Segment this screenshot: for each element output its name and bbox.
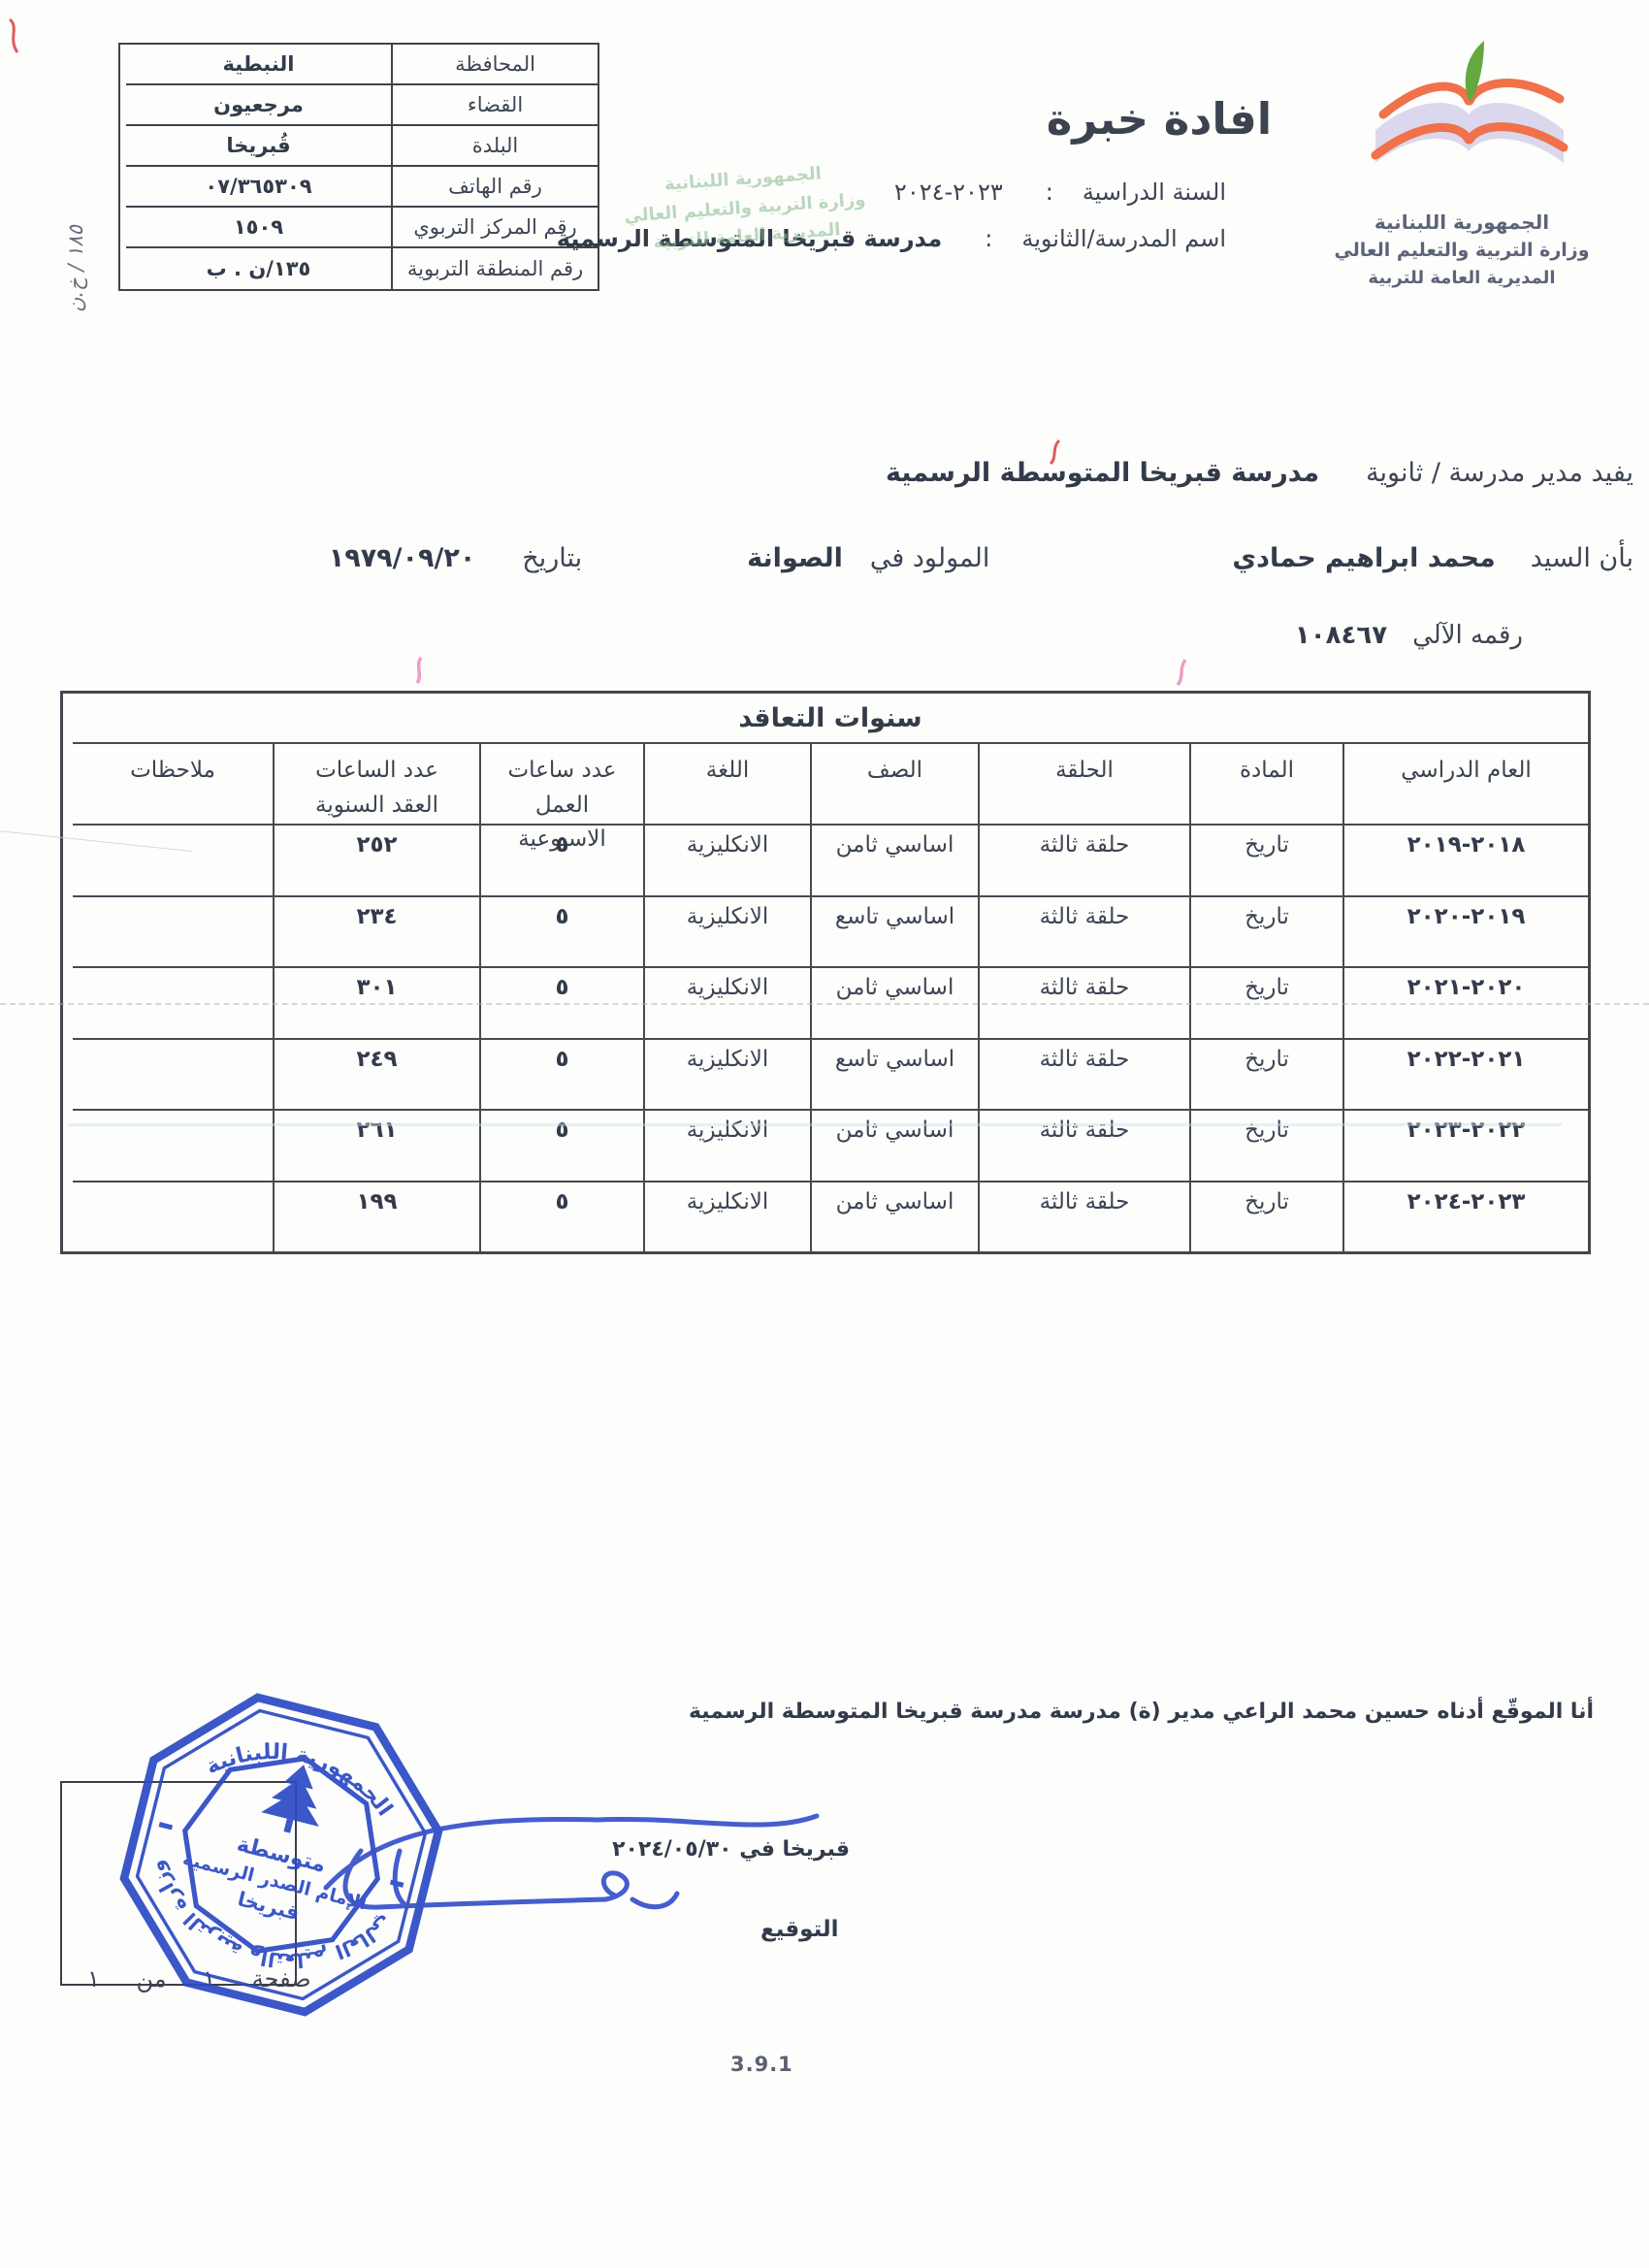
contract-cell-annual-hours: ٢٤٩ — [273, 1038, 479, 1110]
ministry-line-republic: الجمهورية اللبنانية — [1311, 208, 1612, 237]
contract-cell-weekly-hours: ٥ — [479, 1181, 643, 1252]
contract-cell-cycle: حلقة ثالثة — [978, 1109, 1189, 1181]
contract-header-annual-hours: عدد الساعات العقد السنوية — [273, 742, 479, 824]
contract-table-title: سنوات التعاقد — [73, 694, 1588, 742]
contract-cell-cycle: حلقة ثالثة — [978, 966, 1189, 1038]
contract-cell-language: الانكليزية — [643, 1109, 810, 1181]
info-label: البلدة — [391, 126, 598, 167]
contract-header-cycle: الحلقة — [978, 742, 1189, 824]
contract-cell-grade: اساسي تاسع — [810, 1038, 978, 1110]
contract-cell-grade: اساسي ثامن — [810, 966, 978, 1038]
contract-cell-weekly-hours: ٥ — [479, 895, 643, 967]
contract-cell-notes — [73, 966, 273, 1038]
contract-cell-annual-hours: ٣٠١ — [273, 966, 479, 1038]
margin-handwritten-note: ١٨٥ / خ.ن — [64, 225, 87, 312]
handwritten-signature — [307, 1793, 838, 1960]
intro-school-name: مدرسة قبريخا المتوسطة الرسمية — [886, 458, 1319, 488]
contract-cell-year: ٢٠٢٠-٢٠٢١ — [1342, 966, 1588, 1038]
contract-header-weekly-hours: عدد ساعات العمل الاسبوعية — [479, 742, 643, 824]
auto-id-label: رقمه الآلي — [1412, 621, 1523, 650]
contract-cell-grade: اساسي ثامن — [810, 1109, 978, 1181]
info-value: قُبريخا — [126, 126, 391, 167]
contract-cell-annual-hours: ٢٣٤ — [273, 895, 479, 967]
contract-cell-language: الانكليزية — [643, 1038, 810, 1110]
pink-ink-mark — [411, 656, 429, 685]
ministry-line-ministry: وزارة التربية والتعليم العالي — [1311, 237, 1612, 265]
birthplace-value: الصوانة — [747, 543, 843, 573]
birthdate-value: ١٩٧٩/٠٩/٢٠ — [329, 543, 476, 573]
contract-header-language: اللغة — [643, 742, 810, 824]
intro-line-1: يفيد مدير مدرسة / ثانوية مدرسة قبريخا ال… — [886, 458, 1633, 488]
academic-year-label: السنة الدراسية — [1083, 178, 1226, 206]
contract-header-grade: الصف — [810, 742, 978, 824]
contract-cell-notes — [73, 1038, 273, 1110]
info-label: رقم الهاتف — [391, 167, 598, 208]
contract-cell-notes — [73, 1181, 273, 1252]
contract-cell-subject: تاريخ — [1189, 895, 1342, 967]
intro-line-3: رقمه الآلي ١٠٨٤٦٧ — [1295, 621, 1523, 650]
form-version-label: 3.9.1 — [730, 2053, 793, 2076]
contract-cell-grade: اساسي تاسع — [810, 895, 978, 967]
contract-cell-annual-hours: ٢٥٢ — [273, 824, 479, 895]
contract-cell-subject: تاريخ — [1189, 1181, 1342, 1252]
contract-cell-subject: تاريخ — [1189, 1109, 1342, 1181]
contract-cell-weekly-hours: ٥ — [479, 824, 643, 895]
scan-artifact-dashed-line — [0, 1003, 1649, 1005]
born-label: المولود في — [870, 543, 989, 573]
school-name-label: اسم المدرسة/الثانوية — [1021, 225, 1226, 252]
contract-cell-cycle: حلقة ثالثة — [978, 895, 1189, 967]
intro-line-2: بأن السيد محمد ابراهيم حمادي المولود في … — [329, 543, 1633, 573]
ministry-logo-icon — [1354, 37, 1587, 204]
contract-cell-subject: تاريخ — [1189, 824, 1342, 895]
info-value: مرجعيون — [126, 85, 391, 126]
colon-separator: : — [1046, 178, 1053, 206]
contract-cell-notes — [73, 1109, 273, 1181]
contract-header-notes: ملاحظات — [73, 742, 273, 824]
contract-cell-year: ٢٠٢٣-٢٠٢٤ — [1342, 1181, 1588, 1252]
subject-label: بأن السيد — [1531, 543, 1633, 573]
intro-prefix: يفيد مدير مدرسة / ثانوية — [1366, 458, 1633, 488]
info-label: رقم المنطقة التربوية — [391, 248, 598, 289]
contract-cell-notes — [73, 824, 273, 895]
contract-cell-cycle: حلقة ثالثة — [978, 1038, 1189, 1110]
info-label: المحافظة — [391, 45, 598, 85]
contract-header-year: العام الدراسي — [1342, 742, 1588, 824]
birthdate-label: بتاريخ — [522, 543, 582, 573]
contract-cell-subject: تاريخ — [1189, 1038, 1342, 1110]
contract-cell-language: الانكليزية — [643, 966, 810, 1038]
scan-artifact-streak — [68, 1123, 1562, 1126]
ministry-caption: الجمهورية اللبنانية وزارة التربية والتعل… — [1311, 208, 1612, 291]
contract-cell-cycle: حلقة ثالثة — [978, 824, 1189, 895]
admin-info-table: المحافظةالنبطيةالقضاءمرجعيونالبلدةقُبريخ… — [118, 43, 599, 291]
red-ink-mark — [4, 17, 27, 56]
info-value: ١٣٥/ن . ب — [126, 248, 391, 289]
contract-cell-language: الانكليزية — [643, 895, 810, 967]
info-label: القضاء — [391, 85, 598, 126]
info-value: النبطية — [126, 45, 391, 85]
contract-cell-year: ٢٠٢١-٢٠٢٢ — [1342, 1038, 1588, 1110]
contract-cell-annual-hours: ٢٦١ — [273, 1109, 479, 1181]
declaration-line: أنا الموقّع أدناه حسين محمد الراعي مدير … — [689, 1700, 1594, 1724]
contract-cell-language: الانكليزية — [643, 1181, 810, 1252]
contract-cell-weekly-hours: ٥ — [479, 1038, 643, 1110]
contract-cell-grade: اساسي ثامن — [810, 824, 978, 895]
contract-cell-notes — [73, 895, 273, 967]
info-value: ٠٧/٣٦٥٣٠٩ — [126, 167, 391, 208]
contract-cell-language: الانكليزية — [643, 824, 810, 895]
academic-year-line: السنة الدراسية : ٢٠٢٣-٢٠٢٤ — [894, 178, 1226, 206]
colon-separator: : — [985, 225, 992, 252]
info-value: ١٥٠٩ — [126, 208, 391, 248]
contract-cell-subject: تاريخ — [1189, 966, 1342, 1038]
auto-id-value: ١٠٨٤٦٧ — [1295, 621, 1387, 650]
scanned-document-page: المحافظةالنبطيةالقضاءمرجعيونالبلدةقُبريخ… — [0, 0, 1649, 2268]
contract-cell-annual-hours: ١٩٩ — [273, 1181, 479, 1252]
contract-cell-year: ٢٠١٩-٢٠٢٠ — [1342, 895, 1588, 967]
pink-ink-mark — [1174, 658, 1191, 687]
person-name: محمد ابراهيم حمادي — [1232, 543, 1495, 573]
contract-cell-year: ٢٠٢٢-٢٠٢٣ — [1342, 1109, 1588, 1181]
ministry-line-directorate: المديرية العامة للتربية — [1311, 265, 1612, 291]
contract-cell-weekly-hours: ٥ — [479, 966, 643, 1038]
contract-header-subject: المادة — [1189, 742, 1342, 824]
contract-cell-cycle: حلقة ثالثة — [978, 1181, 1189, 1252]
document-title: افادة خبرة — [989, 93, 1329, 145]
contract-cell-grade: اساسي ثامن — [810, 1181, 978, 1252]
contract-cell-year: ٢٠١٨-٢٠١٩ — [1342, 824, 1588, 895]
contract-cell-weekly-hours: ٥ — [479, 1109, 643, 1181]
contract-years-table: سنوات التعاقدالعام الدراسيالمادةالحلقةال… — [60, 691, 1591, 1254]
